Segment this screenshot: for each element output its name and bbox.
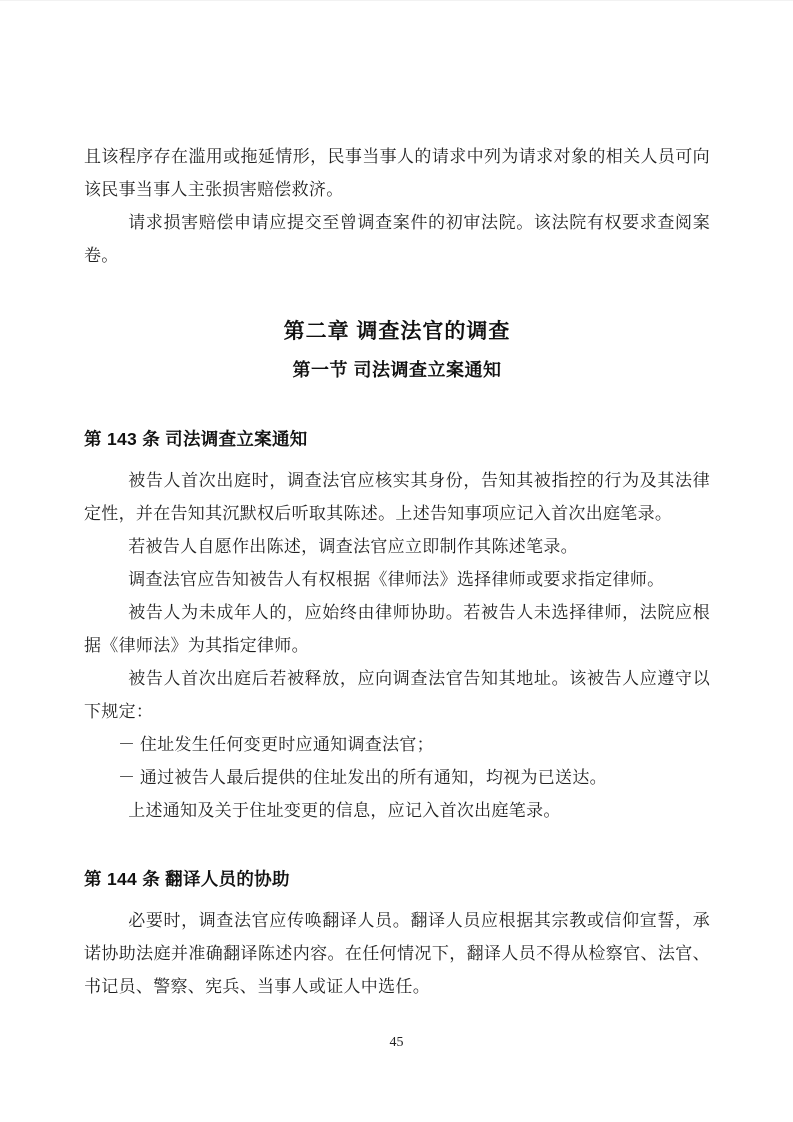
page-number: 45	[0, 1034, 793, 1052]
section-heading: 第一节 司法调查立案通知	[84, 358, 710, 382]
article-143-paragraph: 被告人首次出庭时，调查法官应核实其身份，告知其被指控的行为及其法律定性，并在告知…	[84, 464, 710, 530]
document-page: 且该程序存在滥用或拖延情形，民事当事人的请求中列为请求对象的相关人员可向该民事当…	[0, 0, 793, 1122]
article-143-closing-paragraph: 上述通知及关于住址变更的信息，应记入首次出庭笔录。	[84, 794, 710, 827]
article-143-list-item: － 通过被告人最后提供的住址发出的所有通知，均视为已送达。	[84, 761, 710, 794]
article-143-paragraph: 被告人首次出庭后若被释放，应向调查法官告知其地址。该被告人应遵守以下规定：	[84, 662, 710, 728]
chapter-heading: 第二章 调查法官的调查	[84, 318, 710, 346]
article-143-list-item: － 住址发生任何变更时应通知调查法官；	[84, 728, 710, 761]
article-143-heading: 第 143 条 司法调查立案通知	[84, 427, 710, 451]
intro-paragraph: 请求损害赔偿申请应提交至曾调查案件的初审法院。该法院有权要求查阅案卷。	[84, 206, 710, 272]
article-143-paragraph: 被告人为未成年人的，应始终由律师协助。若被告人未选择律师，法院应根据《律师法》为…	[84, 596, 710, 662]
article-143-paragraph: 若被告人自愿作出陈述，调查法官应立即制作其陈述笔录。	[84, 530, 710, 563]
article-143-paragraph: 调查法官应告知被告人有权根据《律师法》选择律师或要求指定律师。	[84, 563, 710, 596]
page-content: 且该程序存在滥用或拖延情形，民事当事人的请求中列为请求对象的相关人员可向该民事当…	[84, 140, 710, 1003]
article-144-heading: 第 144 条 翻译人员的协助	[84, 867, 710, 891]
intro-paragraph-continuation: 且该程序存在滥用或拖延情形，民事当事人的请求中列为请求对象的相关人员可向该民事当…	[84, 140, 710, 206]
article-144-paragraph: 必要时，调查法官应传唤翻译人员。翻译人员应根据其宗教或信仰宣誓，承诺协助法庭并准…	[84, 904, 710, 1003]
